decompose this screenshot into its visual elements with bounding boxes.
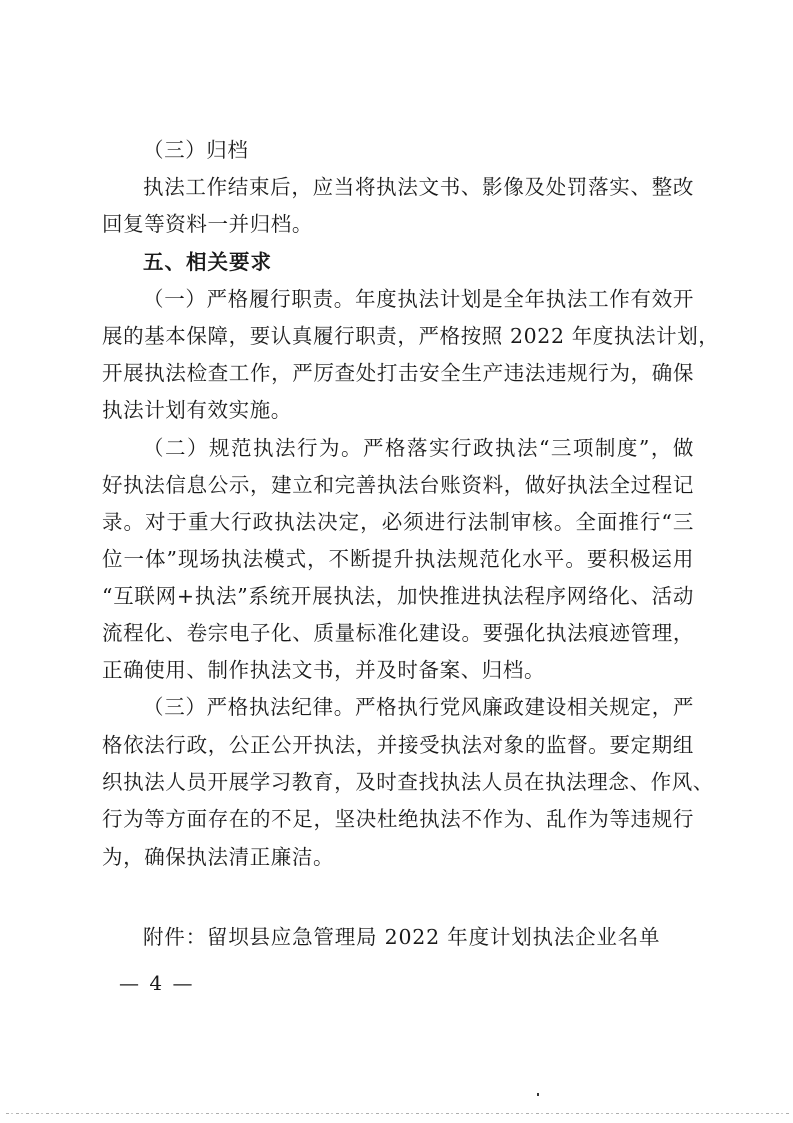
scan-artifact-edge xyxy=(6,1113,789,1114)
paragraph-line: 织执法人员开展学习教育，及时查找执法人员在执法理念、作风、 xyxy=(102,767,694,797)
page-number: — 4 — xyxy=(119,968,194,998)
paragraph-line: 展的基本保障，要认真履行职责，严格按照 2022 年度执法计划， xyxy=(102,321,694,351)
scan-artifact-dot xyxy=(537,1093,539,1096)
section-heading-requirements: 五、相关要求 xyxy=(143,247,694,277)
paragraph-line: 格依法行政，公正公开执法，并接受执法对象的监督。要定期组 xyxy=(102,730,694,760)
paragraph-line: 开展执法检查工作，严厉查处打击安全生产违法违规行为，确保 xyxy=(102,358,694,388)
paragraph-line: 流程化、卷宗电子化、质量标准化建设。要强化执法痕迹管理， xyxy=(102,618,694,648)
paragraph-line: 正确使用、制作执法文书，并及时备案、归档。 xyxy=(102,655,694,685)
paragraph-line: （二）规范执法行为。严格落实行政执法“三项制度”，做 xyxy=(143,433,694,463)
paragraph-line: 好执法信息公示，建立和完善执法台账资料，做好执法全过程记 xyxy=(102,470,694,500)
paragraph-line: 行为等方面存在的不足，坚决杜绝执法不作为、乱作为等违规行 xyxy=(102,804,694,834)
paragraph-line: 回复等资料一并归档。 xyxy=(102,209,694,239)
paragraph-line: “互联网+执法”系统开展执法，加快推进执法程序网络化、活动 xyxy=(102,581,694,611)
paragraph-line: 位一体”现场执法模式，不断提升执法规范化水平。要积极运用 xyxy=(102,544,694,574)
subsection-title-archive: （三）归档 xyxy=(143,135,694,165)
paragraph-line: 为，确保执法清正廉洁。 xyxy=(102,842,694,872)
paragraph-line: 执法计划有效实施。 xyxy=(102,395,694,425)
paragraph-line: 录。对于重大行政执法决定，必须进行法制审核。全面推行“三 xyxy=(102,507,694,537)
paragraph-line: 执法工作结束后，应当将执法文书、影像及处罚落实、整改 xyxy=(143,172,694,202)
paragraph-line: （三）严格执法纪律。严格执行党风廉政建设相关规定，严 xyxy=(143,692,694,722)
document-page: （三）归档 执法工作结束后，应当将执法文书、影像及处罚落实、整改 回复等资料一并… xyxy=(0,0,793,1123)
attachment-note: 附件：留坝县应急管理局 2022 年度计划执法企业名单 xyxy=(143,922,660,952)
paragraph-line: （一）严格履行职责。年度执法计划是全年执法工作有效开 xyxy=(143,284,694,314)
